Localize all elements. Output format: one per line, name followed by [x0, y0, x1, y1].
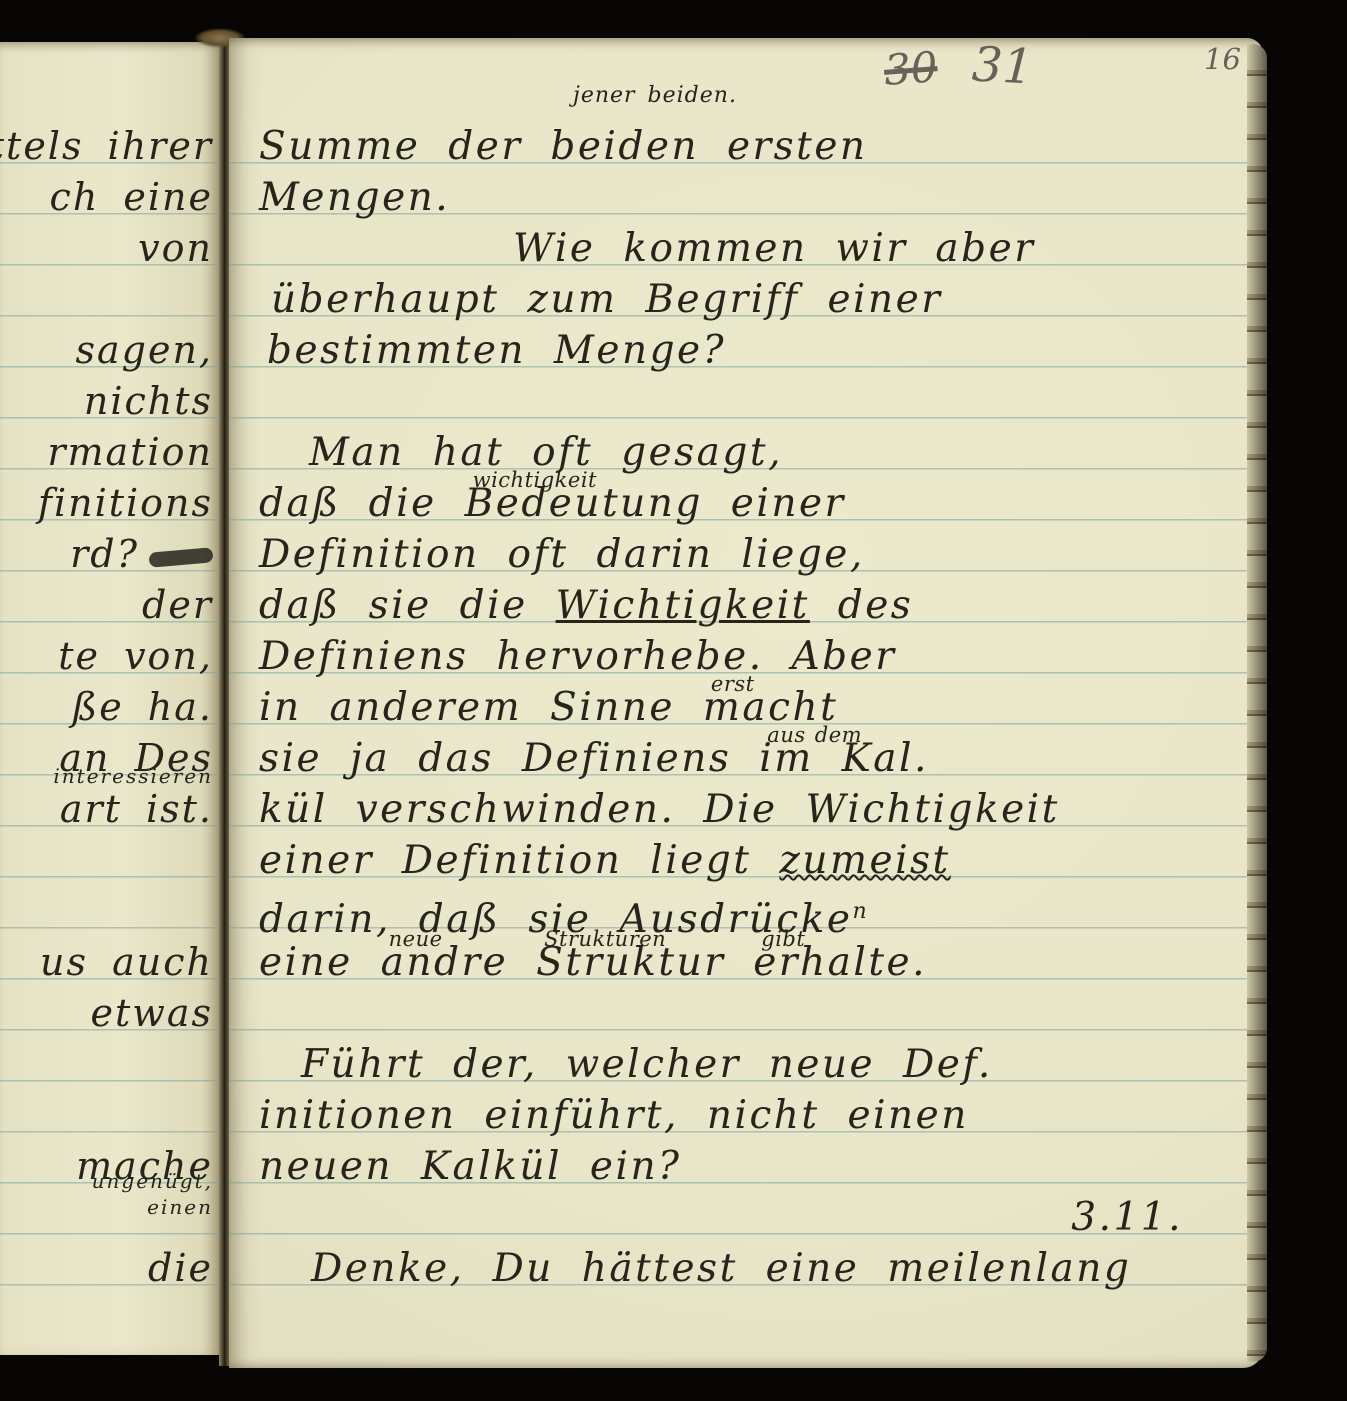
handwriting-text: daß die	[259, 481, 465, 526]
handwriting-line: jener beiden.	[253, 70, 1253, 121]
handwriting-line: initionen einführt, nicht einen	[253, 1090, 1253, 1141]
handwriting-text	[725, 940, 753, 985]
handwriting-text: bestimmten Menge?	[267, 328, 726, 373]
interlinear-insertion: neue	[389, 929, 443, 949]
handwriting-line: überhaupt zum Begriff einer	[253, 274, 1253, 325]
handwriting-line: neuen Kalkül ein?	[253, 1141, 1253, 1192]
handwriting-text: in anderem Sinne	[259, 685, 703, 730]
binding-gutter	[219, 36, 229, 1366]
handwriting-line: daß die Bedeutungwichtigkeit einer	[253, 478, 1253, 529]
handwriting-text: andreneue	[381, 940, 509, 985]
handwriting-text: Definiens hervorhebe. Aber	[259, 634, 896, 679]
handwriting-text: erhalte.gibt	[753, 940, 927, 985]
handwriting-text: daß sie die	[259, 583, 556, 628]
handwriting-line: kül verschwinden. Die Wichtigkeit	[253, 784, 1253, 835]
handwriting-line: Mengen.	[253, 172, 1253, 223]
left-page-fragment: von	[138, 223, 213, 274]
handwriting-text: einer Definition liegt	[259, 838, 779, 883]
handwriting-text: sie ja das Definiens	[259, 736, 759, 781]
handwriting-text: des	[810, 583, 913, 628]
left-page-fragment: us auch	[40, 937, 213, 988]
handwriting-line: Führt der, welcher neue Def.	[253, 1039, 1253, 1090]
interlinear-insertion: Strukturen	[544, 929, 666, 949]
handwriting-line: bestimmten Menge?	[253, 325, 1253, 376]
handwritten-text-block: jener beiden.Summe der beiden erstenMeng…	[253, 70, 1253, 1294]
handwriting-line	[253, 988, 1253, 1039]
handwriting-line: Man hat oft gesagt,	[253, 427, 1253, 478]
handwriting-line: einer Definition liegt zumeist	[253, 835, 1253, 886]
handwriting-text: StrukturStrukturen	[536, 940, 725, 985]
handwriting-text: 3.11.	[1071, 1195, 1183, 1240]
interlinear-insertion: gibt	[761, 929, 805, 949]
page-stack-edge	[1247, 44, 1267, 1362]
left-page-fragment: ttels ihrer	[0, 121, 213, 172]
handwriting-text: neuen Kalkül ein?	[259, 1144, 681, 1189]
left-page-fragment: der	[142, 580, 213, 631]
handwriting-text: Bedeutungwichtigkeit	[465, 481, 703, 526]
left-page-edge: ttels ihrerch einevonsagen,nichtsrmation…	[0, 42, 219, 1355]
handwriting-text: Wichtigkeit	[556, 583, 810, 628]
interlinear-insertion: erst	[711, 674, 755, 694]
right-page: jener beiden.Summe der beiden erstenMeng…	[229, 38, 1263, 1368]
handwriting-text: überhaupt zum Begriff einer	[271, 277, 942, 322]
left-page-fragment: ch eine	[50, 172, 213, 223]
left-page-fragment: nichts	[84, 376, 213, 427]
handwriting-text: Definition oft darin liege,	[259, 532, 865, 577]
left-page-fragment: finitions	[38, 478, 213, 529]
handwriting-text: kül verschwinden. Die Wichtigkeit	[259, 787, 1060, 832]
crossed-out-page-number: 30	[882, 42, 939, 95]
handwriting-text: Führt der, welcher neue Def.	[301, 1042, 993, 1087]
handwriting-text: imaus dem	[759, 736, 813, 781]
left-page-fragment: sagen,	[75, 325, 213, 376]
left-page-fragment: ße ha.	[72, 682, 213, 733]
scribbled-out-word	[148, 547, 213, 568]
handwriting-text: jener beiden.	[573, 83, 737, 108]
handwriting-line: Wie kommen wir aber	[253, 223, 1253, 274]
handwriting-line: sie ja das Definiens imaus dem Kal.	[253, 733, 1253, 784]
folio-number: 16	[1204, 42, 1241, 76]
notebook-scan: ttels ihrerch einevonsagen,nichtsrmation…	[0, 0, 1347, 1401]
handwriting-text: einer	[703, 481, 846, 526]
left-page-fragment: rd?	[70, 529, 213, 580]
left-page-fragment: ungenügt,	[92, 1169, 213, 1193]
interlinear-insertion: wichtigkeit	[473, 470, 597, 490]
left-page-fragment: einen	[147, 1195, 213, 1219]
left-page-fragment: te von,	[58, 631, 213, 682]
handwriting-line: Denke, Du hättest eine meilenlang	[253, 1243, 1253, 1294]
left-page-fragment: etwas	[91, 988, 213, 1039]
handwriting-line: Summe der beiden ersten	[253, 121, 1253, 172]
handwriting-text: Wie kommen wir aber	[513, 226, 1035, 271]
handwriting-text	[508, 940, 536, 985]
left-page-fragment: art ist.	[60, 784, 213, 835]
handwriting-line	[253, 376, 1253, 427]
handwriting-line: 3.11.	[253, 1192, 1253, 1243]
handwriting-line: in anderem Sinne machterst	[253, 682, 1253, 733]
handwriting-line: daß sie die Wichtigkeit des	[253, 580, 1253, 631]
left-page-fragment: rmation	[47, 427, 213, 478]
handwriting-text: Denke, Du hättest eine meilenlang	[311, 1246, 1131, 1291]
handwriting-line: Definition oft darin liege,	[253, 529, 1253, 580]
page-number: 31	[971, 36, 1035, 95]
handwriting-line: eine andreneue StrukturStrukturen erhalt…	[253, 937, 1253, 988]
handwriting-text: eine	[259, 940, 381, 985]
handwriting-text: Summe der beiden ersten	[259, 124, 868, 169]
left-page-fragment: die	[148, 1243, 213, 1294]
handwriting-text: zumeist	[779, 838, 950, 883]
handwriting-text: initionen einführt, nicht einen	[259, 1093, 969, 1138]
handwriting-text: Kal.	[814, 736, 929, 781]
handwriting-text: Mengen.	[259, 175, 450, 220]
superscript-letter: n	[852, 899, 866, 924]
